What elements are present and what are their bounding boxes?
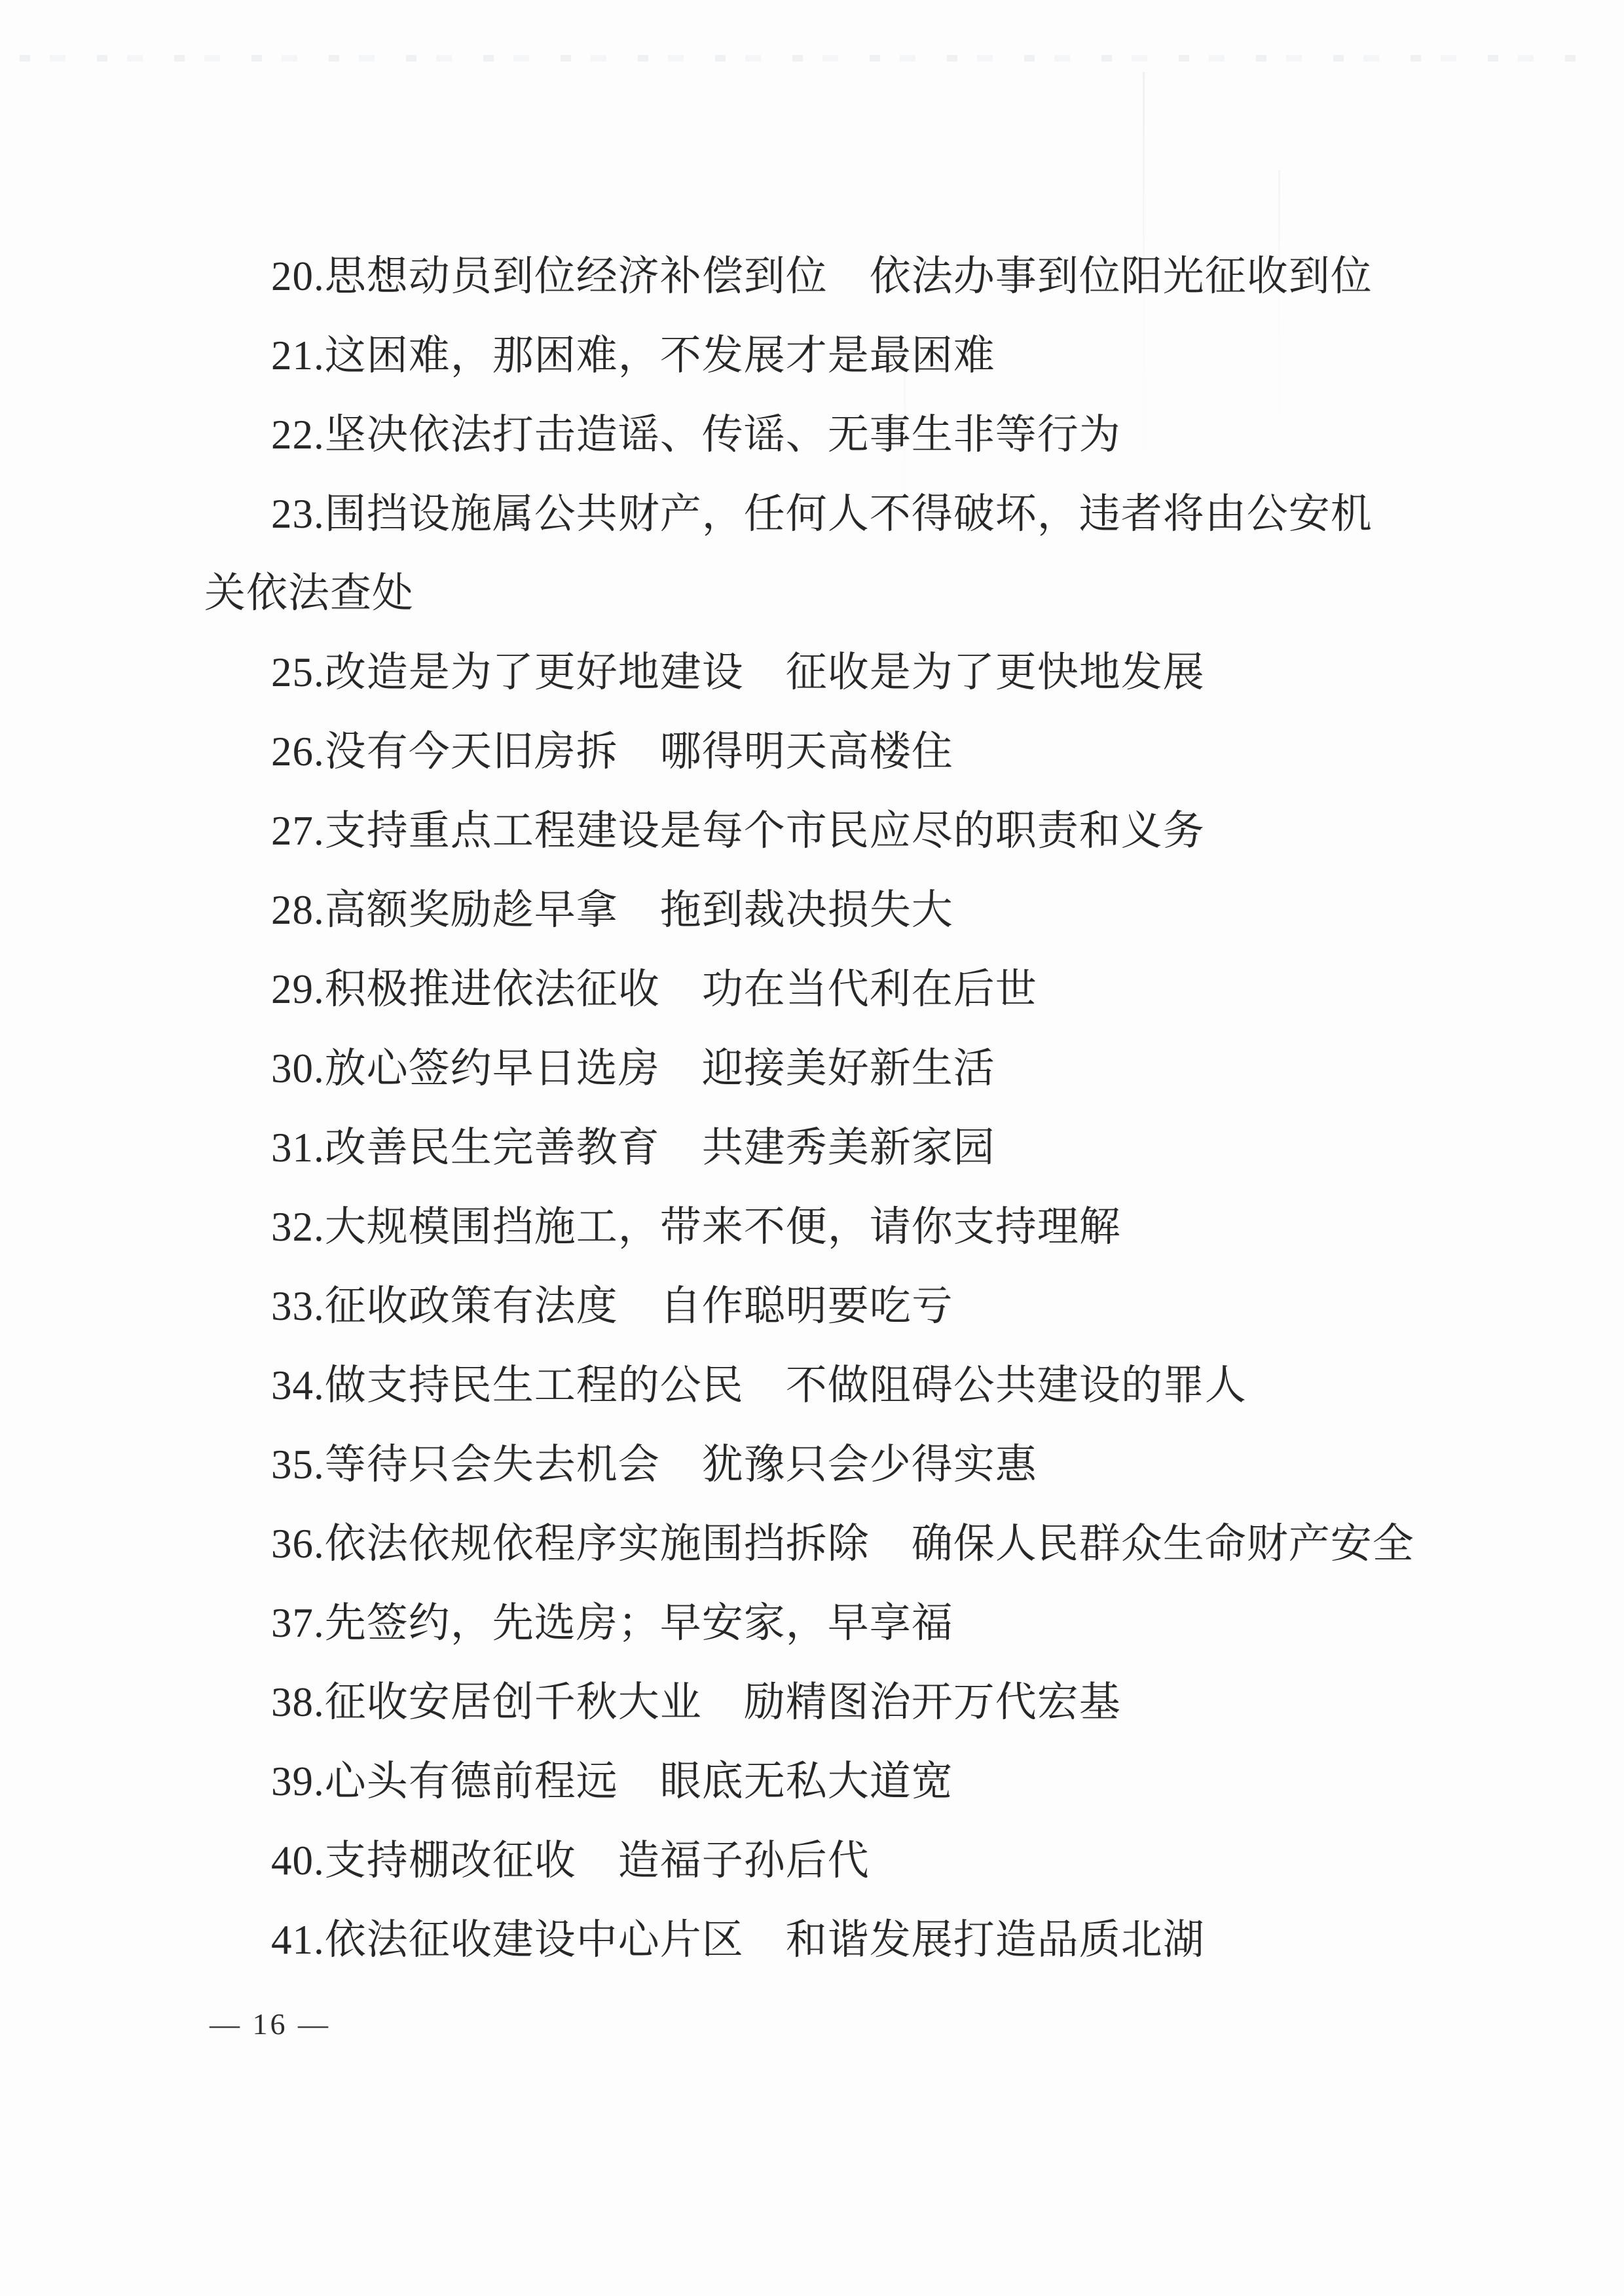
list-item-23-line-2: 关依法查处: [204, 554, 1442, 633]
list-item-40: 40.支持棚改征收 造福子孙后代: [204, 1821, 1442, 1901]
list-item-26: 26.没有今天旧房拆 哪得明天高楼住: [204, 712, 1442, 792]
list-item-41: 41.依法征收建设中心片区 和谐发展打造品质北湖: [204, 1901, 1442, 1980]
list-item-38: 38.征收安居创千秋大业 励精图治开万代宏基: [204, 1663, 1442, 1742]
list-item-30: 30.放心签约早日选房 迎接美好新生活: [204, 1029, 1442, 1108]
list-item-22: 22.坚决依法打击造谣、传谣、无事生非等行为: [204, 395, 1442, 475]
list-item-34: 34.做支持民生工程的公民 不做阻碍公共建设的罪人: [204, 1346, 1442, 1425]
list-item-33: 33.征收政策有法度 自作聪明要吃亏: [204, 1267, 1442, 1346]
list-item-31: 31.改善民生完善教育 共建秀美新家园: [204, 1108, 1442, 1188]
list-item-28: 28.高额奖励趁早拿 拖到裁决损失大: [204, 871, 1442, 950]
list-item-37: 37.先签约，先选房；早安家，早享福: [204, 1584, 1442, 1663]
document-page: 20.思想动员到位经济补偿到位 依法办事到位阳光征收到位 21.这困难，那困难，…: [0, 0, 1624, 2296]
list-item-29: 29.积极推进依法征收 功在当代利在后世: [204, 950, 1442, 1029]
list-item-35: 35.等待只会失去机会 犹豫只会少得实惠: [204, 1425, 1442, 1504]
list-item-39: 39.心头有德前程远 眼底无私大道宽: [204, 1742, 1442, 1821]
list-item-25: 25.改造是为了更好地建设 征收是为了更快地发展: [204, 633, 1442, 712]
list-item-21: 21.这困难，那困难，不发展才是最困难: [204, 316, 1442, 395]
list-item-27: 27.支持重点工程建设是每个市民应尽的职责和义务: [204, 792, 1442, 871]
slogan-list: 20.思想动员到位经济补偿到位 依法办事到位阳光征收到位 21.这困难，那困难，…: [204, 237, 1442, 1980]
list-item-36: 36.依法依规依程序实施围挡拆除 确保人民群众生命财产安全: [204, 1504, 1442, 1584]
list-item-23-line-1: 23.围挡设施属公共财产，任何人不得破坏，违者将由公安机: [204, 475, 1442, 554]
list-item-20: 20.思想动员到位经济补偿到位 依法办事到位阳光征收到位: [204, 237, 1442, 316]
page-number: — 16 —: [210, 2006, 331, 2043]
scan-artifact-top-edge: [20, 55, 1591, 62]
list-item-32: 32.大规模围挡施工，带来不便，请你支持理解: [204, 1188, 1442, 1267]
